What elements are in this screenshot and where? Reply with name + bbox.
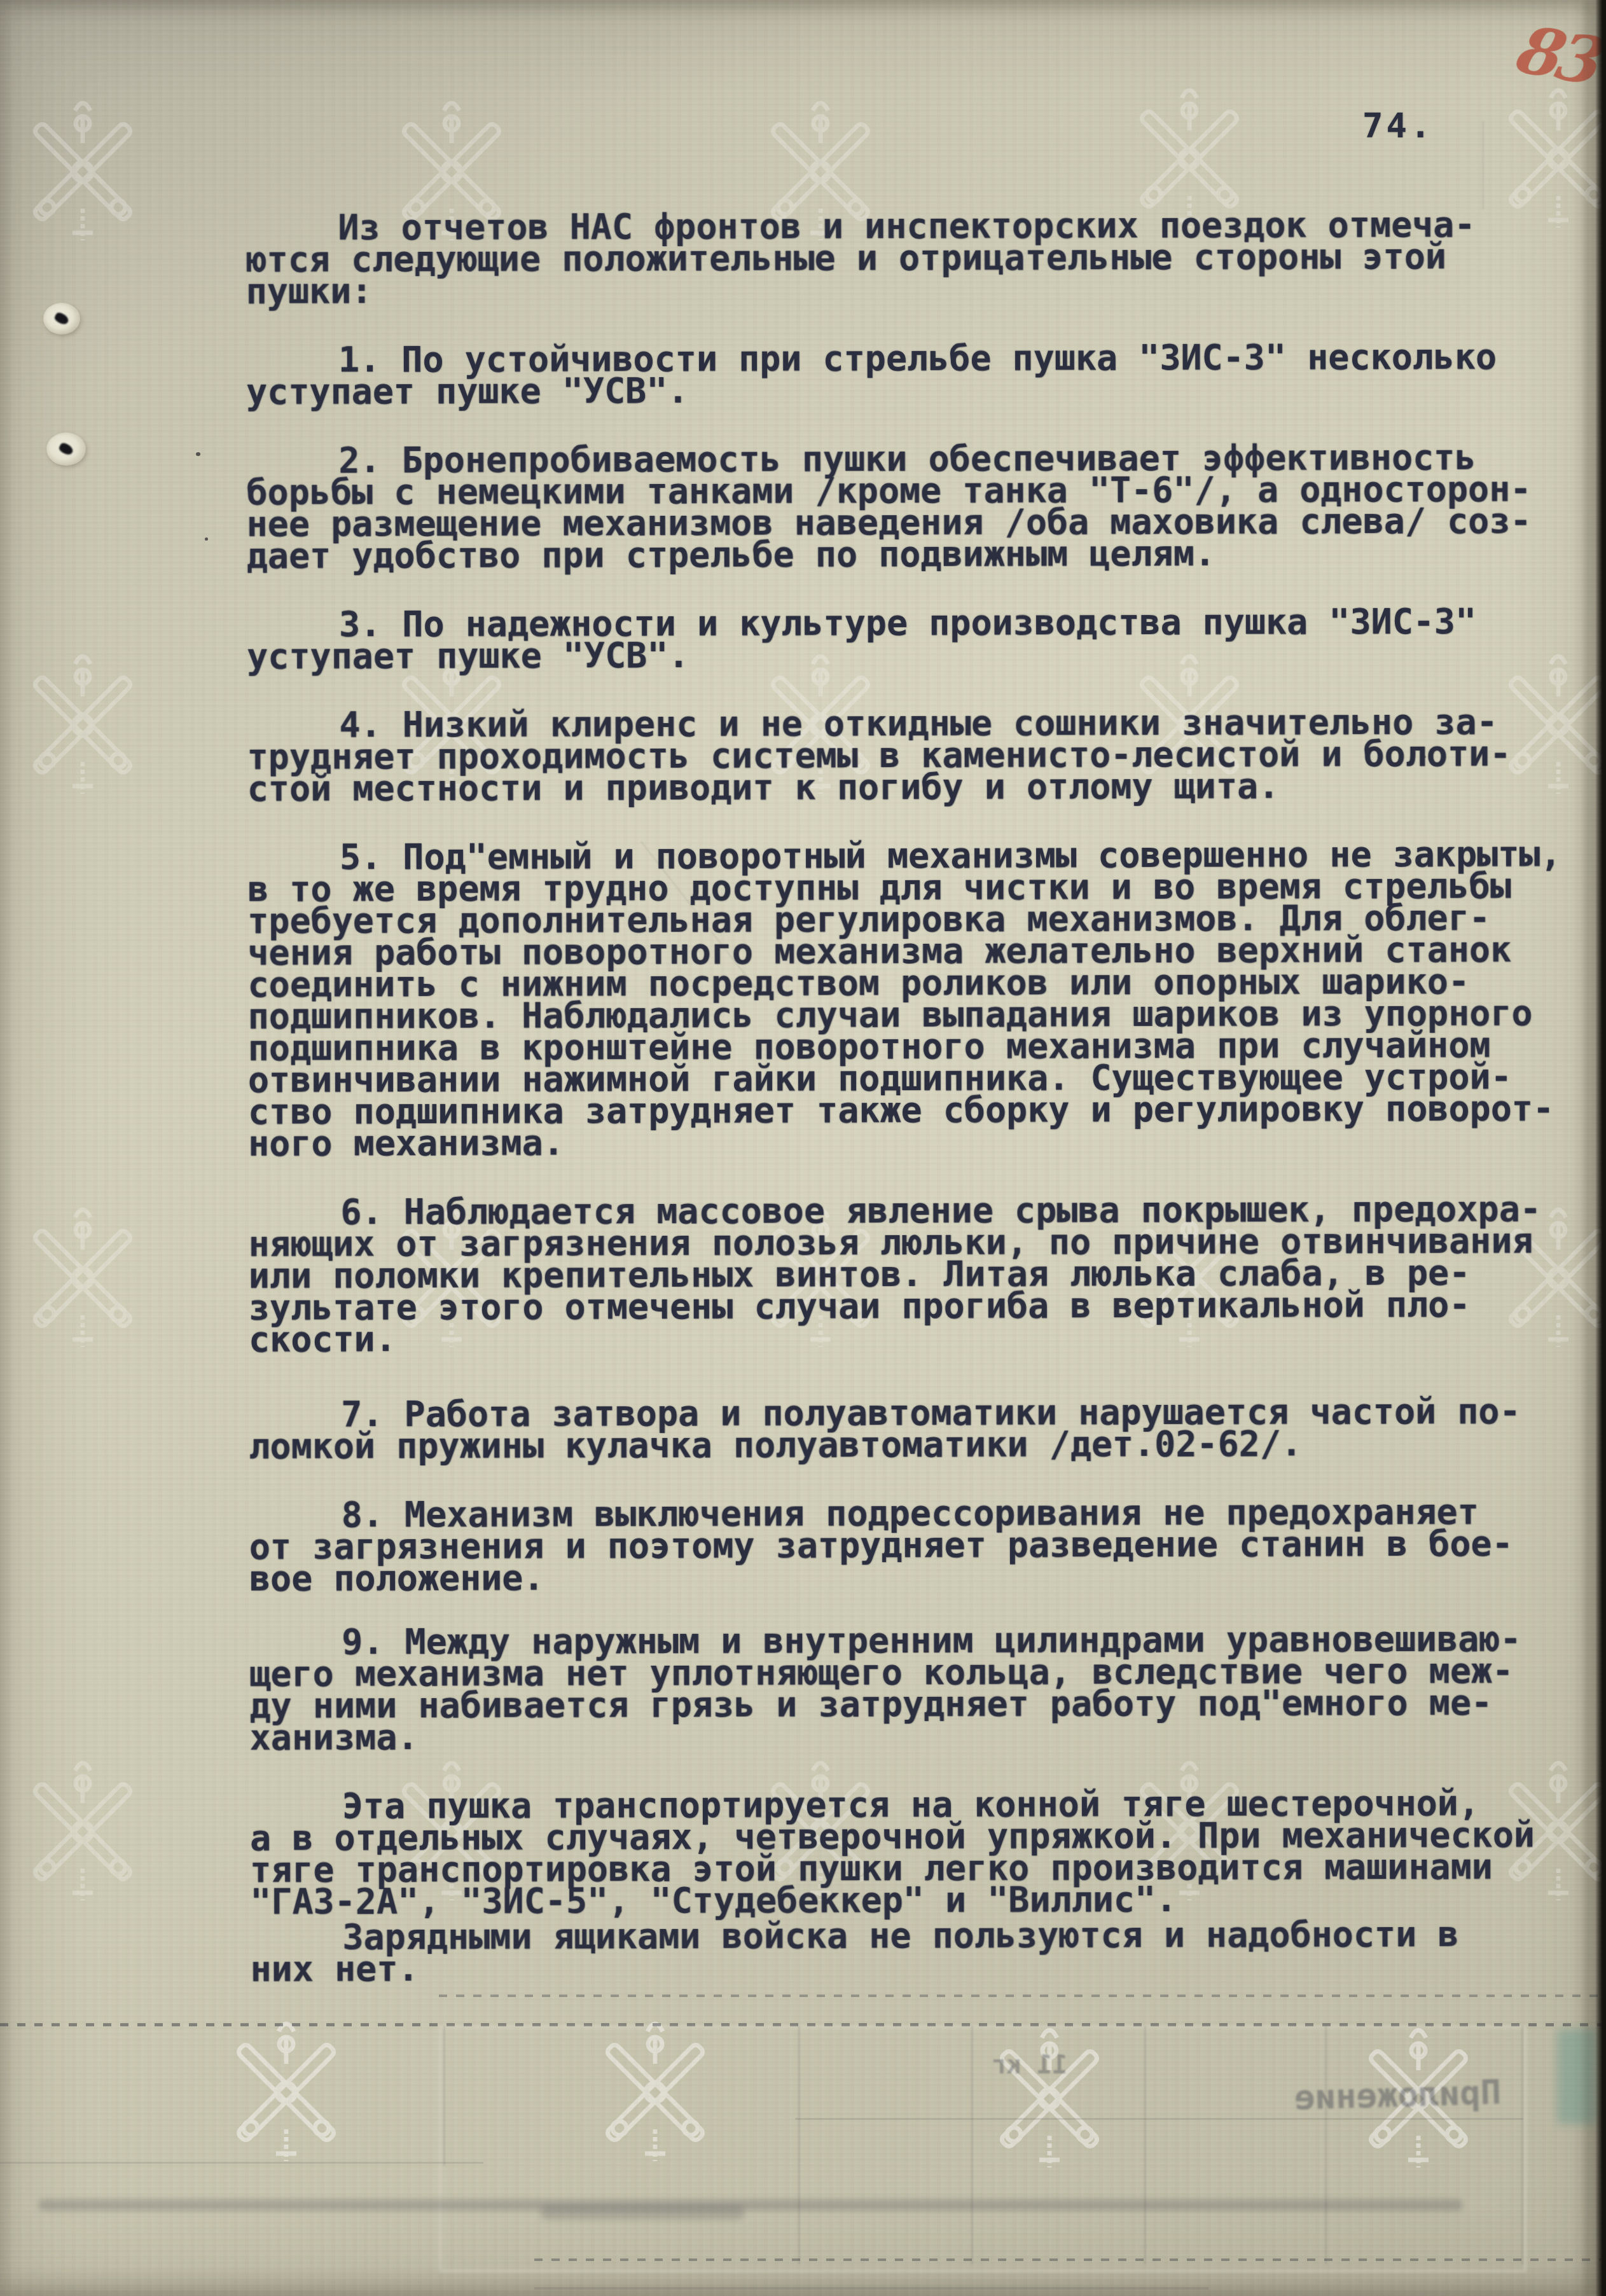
bleedthrough-table-line: [439, 1995, 1603, 1997]
bleedthrough-table-line: [443, 2026, 445, 2166]
punch-hole-center: [53, 311, 70, 326]
paragraph: 4. Низкий клиренс и не откидные сошники …: [247, 705, 1567, 804]
bleedthrough-table-line: [0, 2162, 483, 2164]
bleedthrough-table-line: [1325, 2026, 1327, 2264]
punch-hole: [43, 303, 80, 335]
ink-speck: [205, 537, 208, 541]
bleedthrough-text-fragment: 11 кг: [991, 2050, 1067, 2080]
scan-edge-border: [1595, 0, 1606, 2296]
punch-hole-center: [58, 441, 74, 457]
paragraph: Зарядными ящиками войска не пользуются и…: [250, 1918, 1570, 1984]
bleedthrough-table-line: [1144, 2026, 1146, 2264]
punch-hole: [46, 432, 86, 466]
bleedthrough-table-line: [971, 2026, 973, 2264]
paragraph: Эта пушка транспортируется на конной тяг…: [250, 1787, 1570, 1917]
bleedthrough-table-line: [534, 2258, 1606, 2261]
bleedthrough-table-line: [795, 2118, 1523, 2120]
document-body: Из отчетов НАС фронтов и инспекторских п…: [246, 208, 1570, 1984]
paragraph: 7. Работа затвора и полуавтоматики наруш…: [249, 1395, 1568, 1462]
ink-speck: [196, 452, 200, 456]
paragraph: 6. Наблюдается массовое явление срыва по…: [248, 1193, 1568, 1355]
paragraph: 1. По устойчивости при стрельбе пушка "З…: [246, 340, 1566, 407]
bleedthrough-smudge: [38, 2199, 1463, 2211]
bleedthrough-text: Приложение: [1294, 2072, 1502, 2117]
paragraph: 2. Бронепробиваемость пушки обеспечивает…: [246, 441, 1567, 571]
bleedthrough-table-line: [1521, 2026, 1523, 2264]
bleedthrough-table-frame: [439, 2026, 1526, 2272]
paragraph: 8. Механизм выключения подрессоривания н…: [249, 1495, 1569, 1594]
bleedthrough-table-line: [534, 2287, 1208, 2290]
paragraph: 3. По надежности и культуре производства…: [247, 605, 1567, 672]
bleedthrough-table-line: [798, 2026, 800, 2264]
paragraph: Из отчетов НАС фронтов и инспекторских п…: [246, 208, 1565, 307]
paragraph: 5. Под"емный и поворотный механизмы сове…: [247, 838, 1568, 1159]
bleedthrough-smudge: [541, 2206, 744, 2220]
document-page: Приложение 11 кг 74. 83 Из отчетов НАС ф…: [0, 0, 1606, 2296]
paragraph: 9. Между наружным и внутренним цилиндрам…: [249, 1622, 1570, 1753]
page-number: 74.: [1362, 106, 1434, 146]
pencil-scratch: [1482, 121, 1484, 210]
